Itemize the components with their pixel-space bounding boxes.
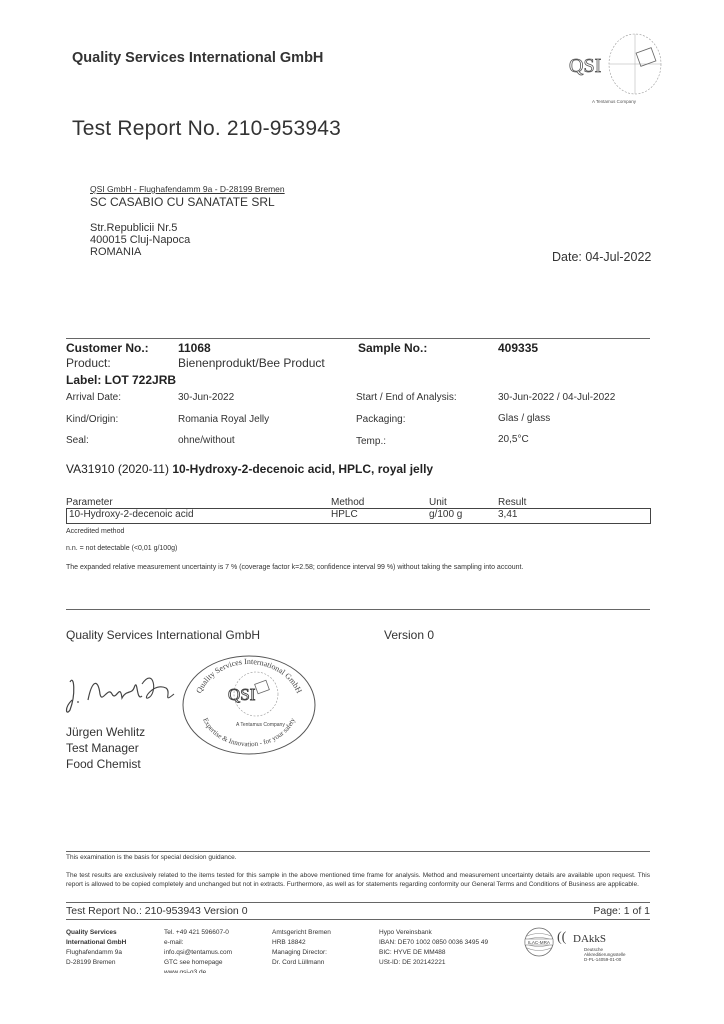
report-title: Test Report No. 210-953943 — [72, 117, 341, 141]
seal-label: Seal: — [66, 435, 89, 446]
analysis-value: 30-Jun-2022 / 04-Jul-2022 — [498, 392, 615, 403]
disclaimer: The test results are exclusively related… — [66, 871, 650, 889]
method-name: 10-Hydroxy-2-decenoic acid, HPLC, royal … — [172, 462, 433, 476]
kind-label: Kind/Origin: — [66, 414, 118, 425]
method-title: VA31910 (2020-11) 10-Hydroxy-2-decenoic … — [66, 462, 433, 476]
col-header-result: Result — [498, 497, 526, 508]
signature-company: Quality Services International GmbH — [66, 628, 260, 642]
version-label: Version 0 — [384, 628, 434, 642]
dakks-subtext: Deutsche Akkreditierungsstelle D-PL-1405… — [584, 947, 626, 962]
divider — [66, 919, 650, 920]
cell-parameter: 10-Hydroxy-2-decenoic acid — [69, 509, 194, 520]
svg-text:A Tentamus Company: A Tentamus Company — [236, 722, 285, 728]
footer-registration: Amtsgericht Bremen HRB 18842 Managing Di… — [272, 928, 331, 968]
recipient-city: 400015 Cluj-Napoca — [90, 234, 190, 246]
arrival-label: Arrival Date: — [66, 392, 121, 403]
accredited-note: Accredited method — [66, 528, 124, 535]
svg-text:QSI: QSI — [228, 685, 256, 704]
svg-text:ILAC-MRA: ILAC-MRA — [528, 940, 551, 945]
packaging-label: Packaging: — [356, 414, 405, 425]
sample-no-label: Sample No.: — [358, 341, 427, 355]
recipient-street: Str.Republicii Nr.5 — [90, 222, 177, 234]
recipient-country: ROMANIA — [90, 246, 141, 258]
nn-note: n.n. = not detectable (<0,01 g/100g) — [66, 545, 177, 552]
footer-bar: Test Report No.: 210-953943 Version 0 Pa… — [66, 905, 650, 917]
col-header-unit: Unit — [429, 497, 447, 508]
signatory-name: Jürgen Wehlitz — [66, 724, 145, 740]
divider — [66, 609, 650, 610]
col-header-method: Method — [331, 497, 364, 508]
website-link[interactable]: www.qsi-q3.de — [164, 968, 232, 973]
ilac-mra-icon: ILAC-MRA — [521, 927, 557, 957]
footer-bank: Hypo Vereinsbank IBAN: DE70 1002 0850 00… — [379, 928, 488, 968]
cell-result: 3,41 — [498, 509, 517, 520]
customer-no-label: Customer No.: — [66, 341, 149, 355]
divider — [66, 338, 650, 339]
company-header: Quality Services International GmbH — [72, 50, 323, 66]
logo-caption: A Tentamus Company — [592, 99, 636, 104]
signatory-title: Food Chemist — [66, 756, 141, 772]
temp-label: Temp.: — [356, 436, 386, 447]
analysis-label: Start / End of Analysis: — [356, 392, 457, 403]
arrival-value: 30-Jun-2022 — [178, 392, 234, 403]
dakks-bracket-icon: (( — [557, 930, 566, 946]
kind-value: Romania Royal Jelly — [178, 414, 269, 425]
decision-note: This examination is the basis for specia… — [66, 853, 650, 862]
dakks-label: DAkkS — [573, 933, 606, 945]
divider — [66, 902, 650, 903]
report-date: Date: 04-Jul-2022 — [552, 250, 651, 264]
packaging-value: Glas / glass — [498, 413, 550, 424]
label-line: Label: LOT 722JRB — [66, 373, 176, 387]
company-stamp-icon: QSI Quality Services International GmbH … — [180, 654, 318, 756]
uncertainty-note: The expanded relative measurement uncert… — [66, 563, 586, 573]
method-code: VA31910 (2020-11) — [66, 462, 169, 476]
product-label: Product: — [66, 356, 111, 370]
signatory-role: Test Manager — [66, 740, 139, 756]
customer-no-value: 11068 — [178, 341, 211, 355]
seal-value: ohne/without — [178, 435, 235, 446]
cell-unit: g/100 g — [429, 509, 462, 520]
email-link[interactable]: info.qsi@tentamus.com — [164, 948, 232, 958]
footer-company-address: Quality Services International GmbH Flug… — [66, 928, 126, 968]
footer-contact: Tel. +49 421 596607-0 e-mail: info.qsi@t… — [164, 928, 232, 973]
divider — [66, 851, 650, 852]
page-number: Page: 1 of 1 — [593, 905, 650, 917]
qsi-logo-icon: QSI — [565, 28, 665, 108]
recipient-name: SC CASABIO CU SANATATE SRL — [90, 196, 275, 208]
svg-text:QSI: QSI — [569, 55, 601, 77]
product-value: Bienenprodukt/Bee Product — [178, 356, 325, 370]
sample-no-value: 409335 — [498, 341, 538, 355]
col-header-parameter: Parameter — [66, 497, 113, 508]
temp-value: 20,5°C — [498, 434, 529, 445]
cell-method: HPLC — [331, 509, 358, 520]
sender-line: QSI GmbH - Flughafendamm 9a - D-28199 Br… — [90, 184, 285, 194]
report-reference: Test Report No.: 210-953943 Version 0 — [66, 905, 248, 917]
